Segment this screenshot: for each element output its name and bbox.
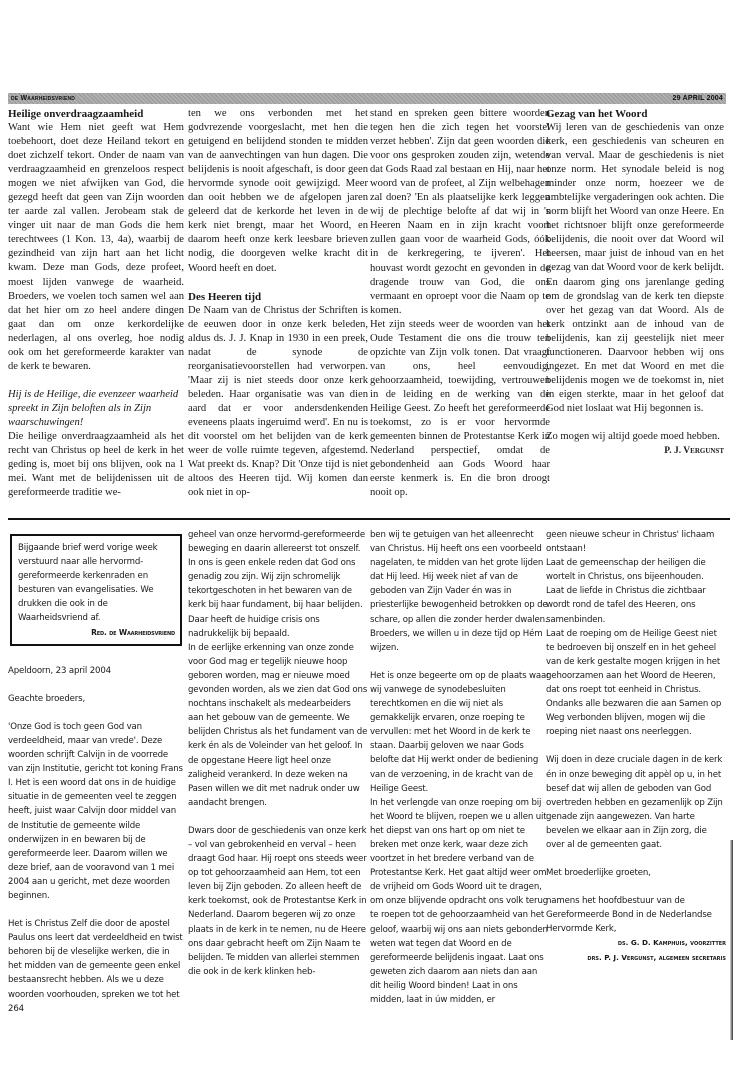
paragraph: ben wij te getuigen van het alleenrecht …: [370, 528, 550, 655]
paragraph: ten we ons verbonden met het godvrezende…: [188, 107, 368, 276]
scan-edge-shadow: [730, 840, 733, 1040]
author-signature: P. J. Vergunst: [546, 444, 724, 458]
letter-column-1: Bijgaande brief werd vorige week verstuu…: [8, 528, 184, 1016]
signatory-secretary: drs. P. J. Vergunst, algemeen secretaris: [546, 951, 726, 965]
notice-text: Bijgaande brief werd vorige week verstuu…: [18, 541, 175, 626]
editorial-notice: Bijgaande brief werd vorige week verstuu…: [10, 534, 182, 646]
issue-date: 29 april 2004: [670, 95, 726, 102]
place-date: Apeldoorn, 23 april 2004: [8, 664, 184, 678]
paragraph: Dwars door de geschiedenis van onze kerk…: [188, 824, 368, 979]
section-divider: [8, 518, 730, 520]
signatory-chair: ds. G. D. Kamphuis, voorzitter: [546, 936, 726, 950]
letter-column-4: geen nieuwe scheur in Christus' lichaam …: [546, 528, 726, 965]
paragraph: Die heilige onverdraagzaamheid als het r…: [8, 430, 184, 500]
paragraph: Laat de gemeenschap der heiligen die wor…: [546, 556, 726, 584]
paragraph: De Naam van de Christus der Schriften is…: [188, 304, 368, 501]
page-number: 264: [8, 1002, 184, 1016]
paragraph: Het is onze begeerte om op de plaats waa…: [370, 669, 550, 796]
paragraph: Wij leren van de geschiedenis van onze k…: [546, 121, 724, 416]
article-column-4: Gezag van het Woord Wij leren van de ges…: [546, 107, 724, 458]
section-heading: Gezag van het Woord: [546, 107, 724, 121]
paragraph: geheel van onze hervormd-gereformeerde b…: [188, 528, 368, 641]
paragraph: Wij doen in deze cruciale dagen in de ke…: [546, 753, 726, 852]
article-column-2: ten we ons verbonden met het godvrezende…: [188, 107, 368, 500]
running-header: de Waarheidsvriend 29 april 2004: [8, 93, 726, 104]
article-column-1: Heilige onverdraagzaamheid Want wie Hem …: [8, 107, 184, 500]
on-behalf-of: namens het hoofdbestuur van de Gereforme…: [546, 894, 726, 936]
salutation: Geachte broeders,: [8, 692, 184, 706]
publication-name: de Waarheidsvriend: [8, 95, 78, 102]
paragraph: stand en spreken geen bittere woorden te…: [370, 107, 550, 318]
paragraph: Hij is de Heilige, die evenzeer waarheid…: [8, 388, 184, 430]
paragraph: In het verlengde van onze roeping om bij…: [370, 796, 550, 1007]
paragraph: 'Onze God is toch geen God van verdeeldh…: [8, 720, 184, 903]
closing: Met broederlijke groeten,: [546, 866, 726, 880]
paragraph: Want wie Hem niet geeft wat Hem toebehoo…: [8, 121, 184, 374]
notice-credit: Red. de Waarheidsvriend: [18, 626, 175, 640]
letter-column-3: ben wij te getuigen van het alleenrecht …: [370, 528, 550, 1007]
paragraph: Laat de liefde in Christus die zichtbaar…: [546, 584, 726, 626]
section-heading: Des Heeren tijd: [188, 290, 368, 304]
section-heading: Heilige onverdraagzaamheid: [8, 107, 184, 121]
letter-column-2: geheel van onze hervormd-gereformeerde b…: [188, 528, 368, 979]
article-column-3: stand en spreken geen bittere woorden te…: [370, 107, 550, 500]
paragraph: Laat de roeping om de Heilige Geest niet…: [546, 627, 726, 740]
signatures: ds. G. D. Kamphuis, voorzitter drs. P. J…: [546, 936, 726, 964]
paragraph: In de eerlijke erkenning van onze zonde …: [188, 641, 368, 810]
paragraph: geen nieuwe scheur in Christus' lichaam …: [546, 528, 726, 556]
paragraph: Zo mogen wij altijd goede moed hebben.: [546, 430, 724, 444]
paragraph: Het is Christus Zelf die door de apostel…: [8, 917, 184, 1002]
paragraph: Het zijn steeds weer de woorden van het …: [370, 318, 550, 501]
